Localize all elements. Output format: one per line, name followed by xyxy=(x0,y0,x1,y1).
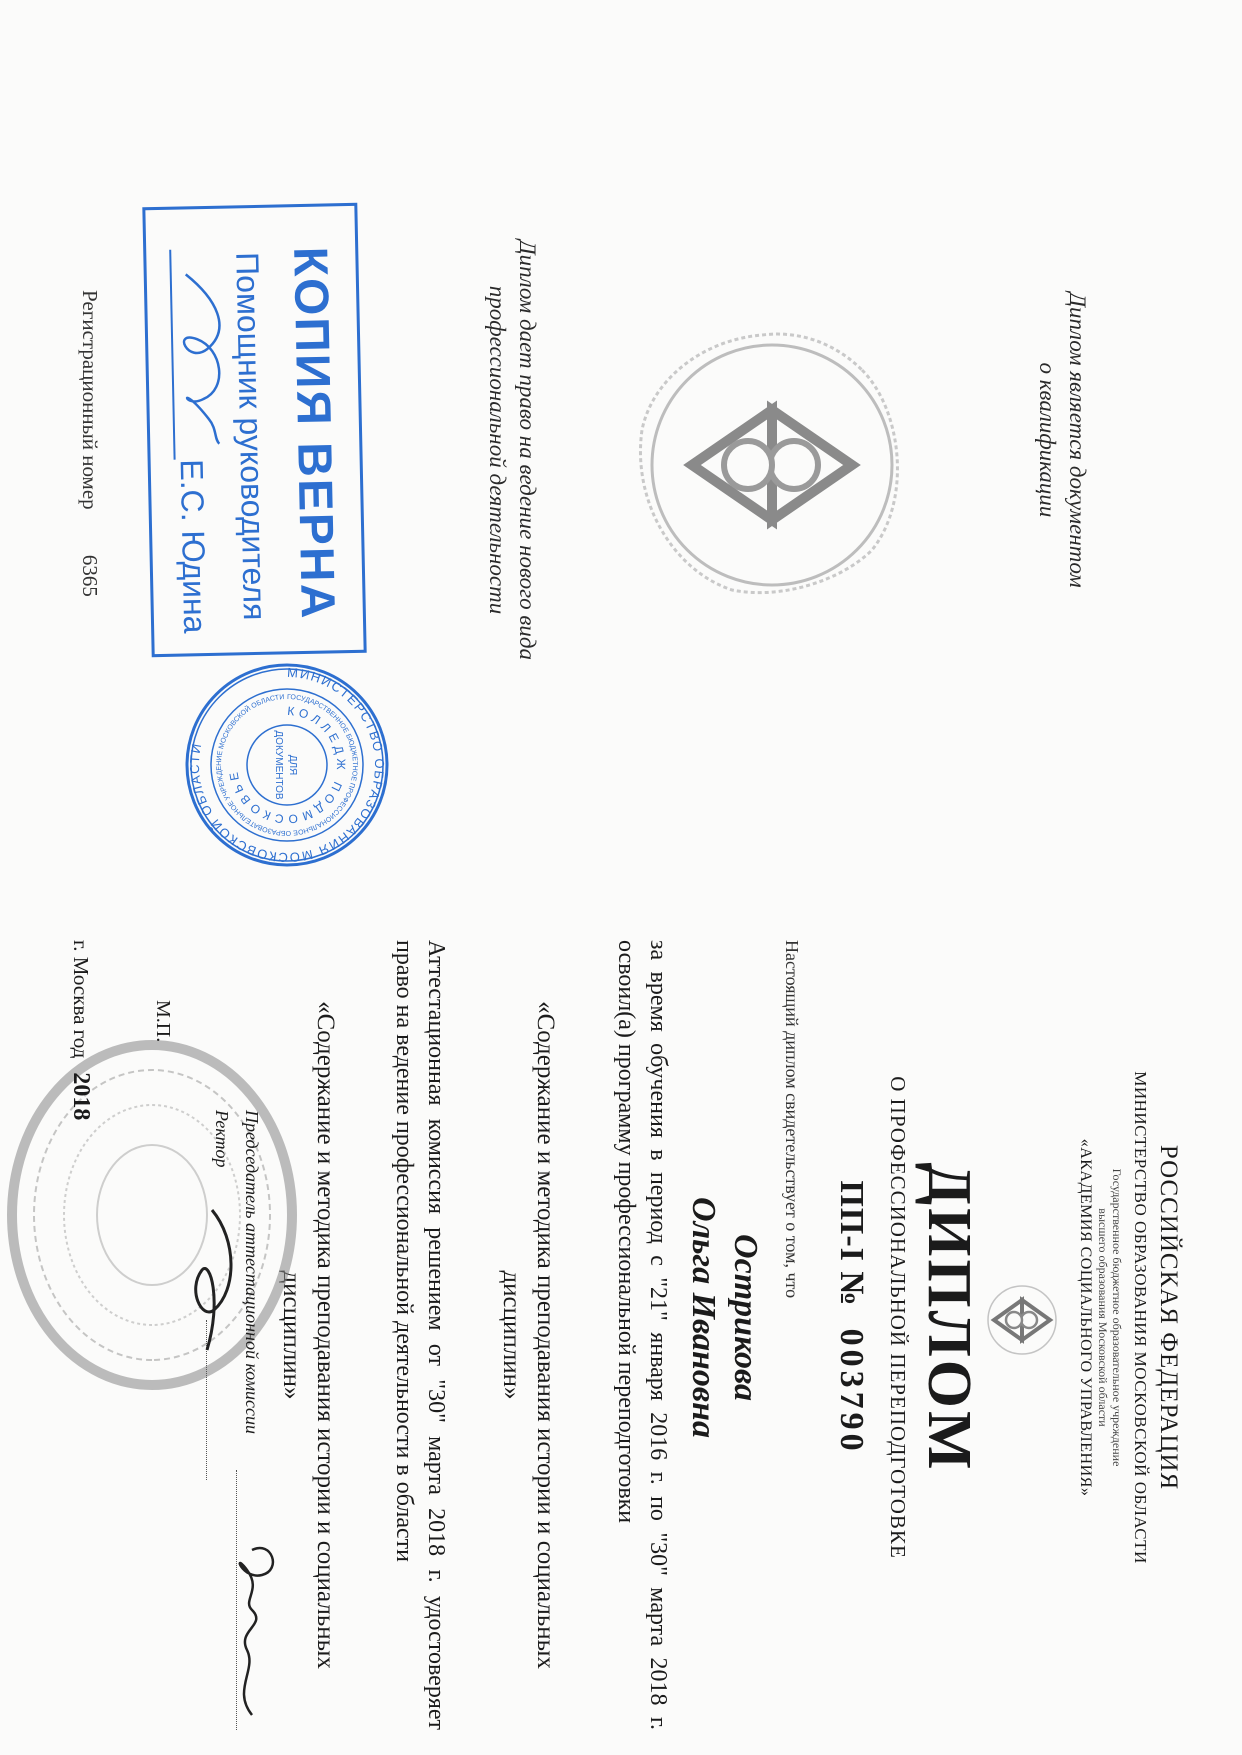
diploma-subtitle: О ПРОФЕССИОНАЛЬНОЙ ПЕРЕПОДГОТОВКЕ xyxy=(885,880,910,1755)
holder-surname: Острикова xyxy=(726,880,764,1755)
diploma-title: ДИПЛОМ xyxy=(913,880,984,1755)
country-heading: РОССИЙСКАЯ ФЕДЕРАЦИЯ xyxy=(1154,880,1182,1755)
copy-stamp-title: КОПИЯ ВЕРНА xyxy=(282,246,345,621)
institution-type: Государственное бюджетное образовательно… xyxy=(1096,880,1124,1755)
commission-paragraph: Аттестационная комиссия решением от "30"… xyxy=(388,940,452,1730)
svg-text:ДОКУМЕНТОВ: ДОКУМЕНТОВ xyxy=(273,730,284,800)
diploma-left-page: Диплом является документом о квалификаци… xyxy=(0,0,1242,880)
diploma-right-page: РОССИЙСКАЯ ФЕДЕРАЦИЯ МИНИСТЕРСТВО ОБРАЗО… xyxy=(0,880,1242,1755)
seal-place-label: М.П. xyxy=(151,1000,174,1042)
registration-label: Регистрационный номер xyxy=(78,290,102,510)
signature-icon xyxy=(166,268,240,449)
issue-year: 2018 xyxy=(68,1072,94,1120)
commission-chair-label: Председатель аттестационной комиссии xyxy=(241,1110,262,1434)
academy-logo-icon xyxy=(622,300,922,620)
institution-name: «АКАДЕМИЯ СОЦИАЛЬНОГО УПРАВЛЕНИЯ» xyxy=(1076,880,1094,1755)
ministry-heading: МИНИСТЕРСТВО ОБРАЗОВАНИЯ МОСКОВСКОЙ ОБЛА… xyxy=(1130,880,1150,1755)
academy-small-logo-icon xyxy=(982,1275,1062,1365)
rights-note: Диплом дает право на ведение нового вида… xyxy=(482,170,542,730)
college-round-stamp-icon: МИНИСТЕРСТВО ОБРАЗОВАНИЯ МОСКОВСКОЙ ОБЛА… xyxy=(182,660,392,870)
rector-label: Ректор xyxy=(211,1110,232,1168)
svg-text:ДЛЯ: ДЛЯ xyxy=(287,755,298,776)
registration-number: Регистрационный номер 6365 xyxy=(77,290,102,597)
signature-icon xyxy=(202,1530,292,1730)
holder-given-names: Ольга Ивановна xyxy=(684,880,722,1755)
diploma-number-value: 003790 xyxy=(833,1329,870,1455)
rector-signature-icon xyxy=(182,1200,242,1360)
copy-stamp-name: Е.С. Юдина xyxy=(173,459,214,634)
diploma-series: ПП-I № xyxy=(833,1180,870,1306)
city-year: г. Москва год2018 xyxy=(67,940,94,1120)
diploma-scan: Диплом является документом о квалификаци… xyxy=(0,0,1242,1755)
study-period-paragraph: за время обучения в период с "21" января… xyxy=(610,940,674,1730)
copy-certified-stamp: КОПИЯ ВЕРНА Помощник руководителя Е.С. Ю… xyxy=(142,203,366,657)
certifies-text: Настоящий диплом свидетельствует о том, … xyxy=(781,940,802,1298)
qualification-note: Диплом является документом о квалификаци… xyxy=(1032,200,1092,680)
diploma-number: ПП-I №003790 xyxy=(832,880,870,1755)
city-label: г. Москва год xyxy=(69,940,93,1058)
program-name: «Содержание и методика преподавания исто… xyxy=(494,940,562,1730)
registration-value: 6365 xyxy=(78,555,102,597)
